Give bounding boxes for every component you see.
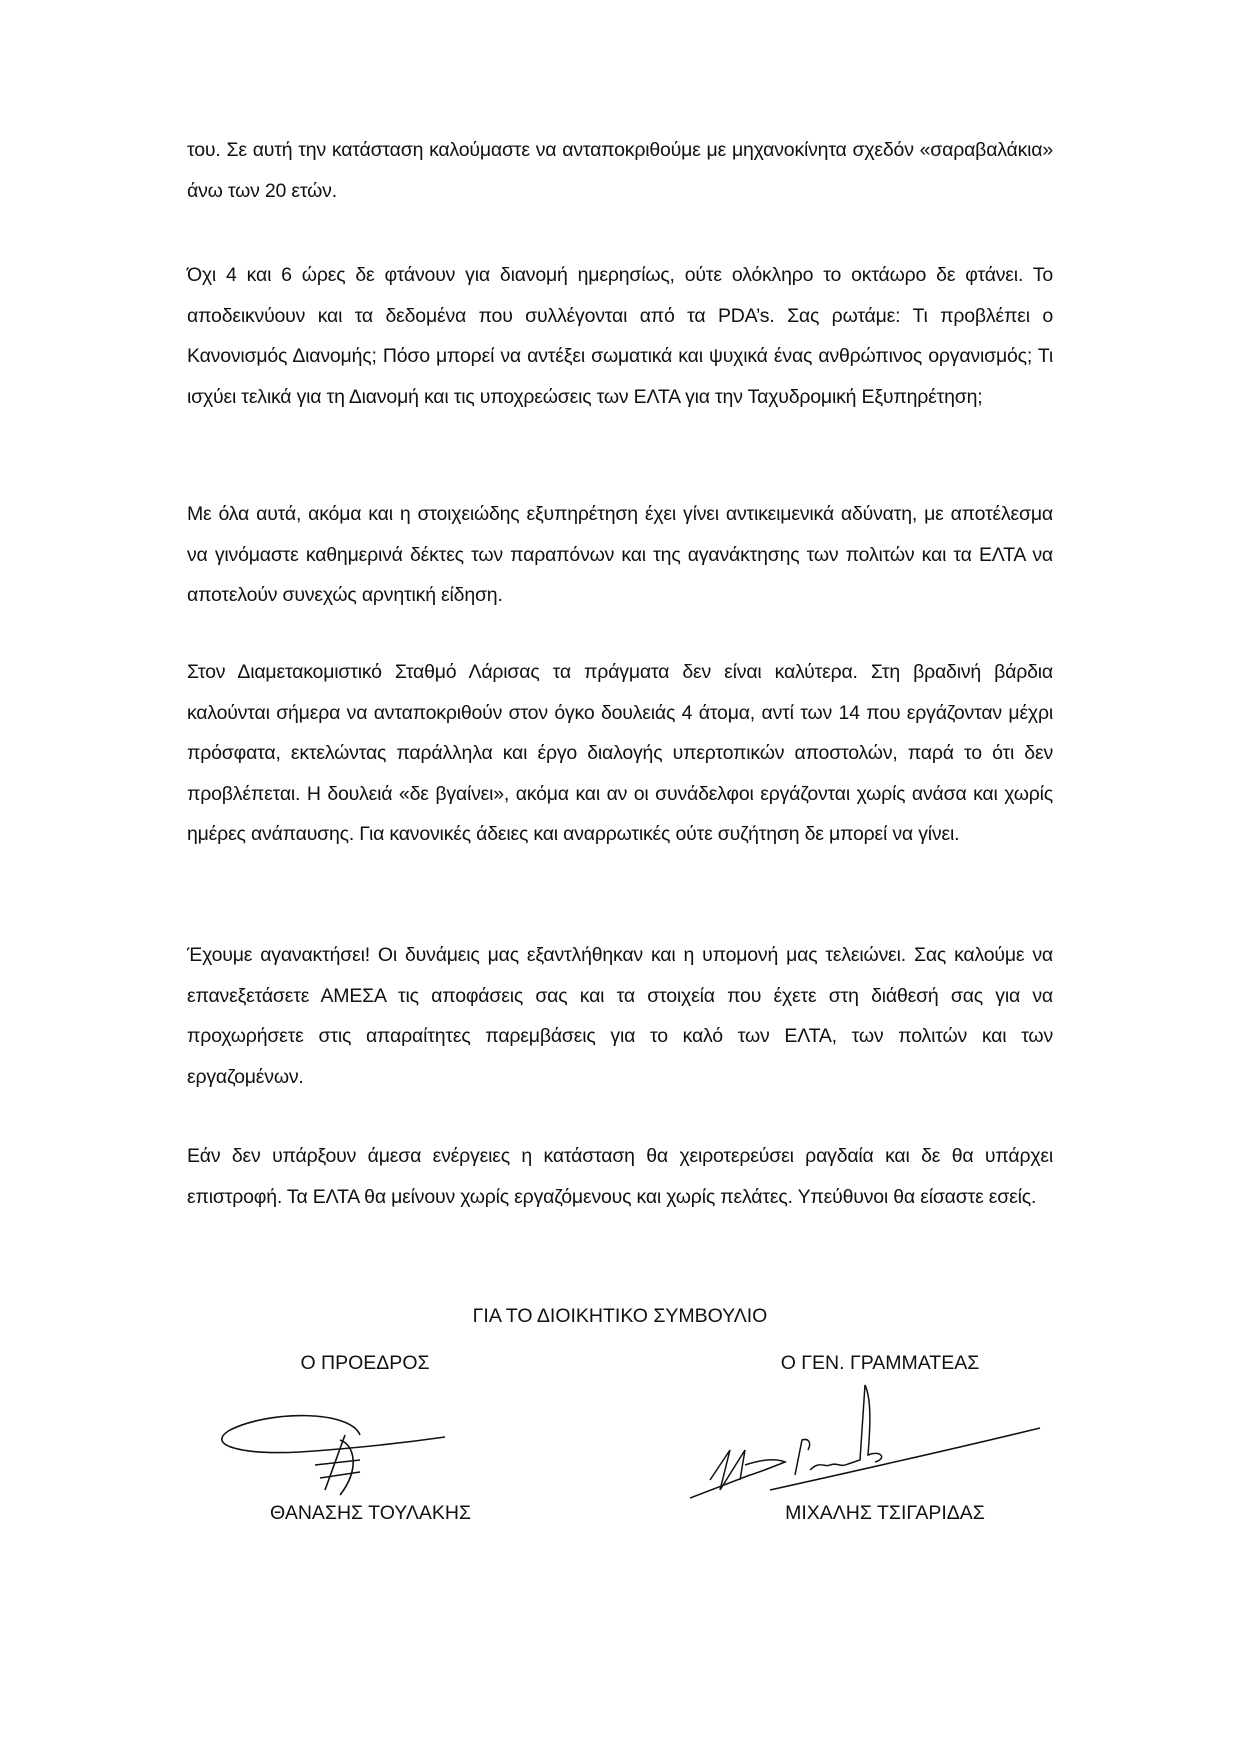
paragraph-6: Εάν δεν υπάρξουν άμεσα ενέργειες η κατάσ…: [187, 1136, 1053, 1217]
secretary-title: Ο ΓΕΝ. ΓΡΑΜΜΑΤΕΑΣ: [760, 1352, 1000, 1375]
president-signature: [210, 1390, 470, 1500]
paragraph-4: Στον Διαμετακομιστικό Σταθμό Λάρισας τα …: [187, 652, 1053, 855]
paragraph-1: του. Σε αυτή την κατάσταση καλούμαστε να…: [187, 130, 1053, 211]
paragraph-2: Όχι 4 και 6 ώρες δε φτάνουν για διανομή …: [187, 255, 1053, 417]
board-heading: ΓΙΑ ΤΟ ΔΙΟΙΚΗΤΙΚΟ ΣΥΜΒΟΥΛΙΟ: [0, 1305, 1240, 1328]
president-title: Ο ΠΡΟΕΔΡΟΣ: [280, 1352, 450, 1375]
secretary-signature: [690, 1380, 1050, 1510]
president-name: ΘΑΝΑΣΗΣ ΤΟΥΛΑΚΗΣ: [270, 1502, 470, 1525]
paragraph-5: Έχουμε αγανακτήσει! Οι δυνάμεις μας εξαν…: [187, 935, 1053, 1097]
paragraph-3: Με όλα αυτά, ακόμα και η στοιχειώδης εξυ…: [187, 494, 1053, 616]
